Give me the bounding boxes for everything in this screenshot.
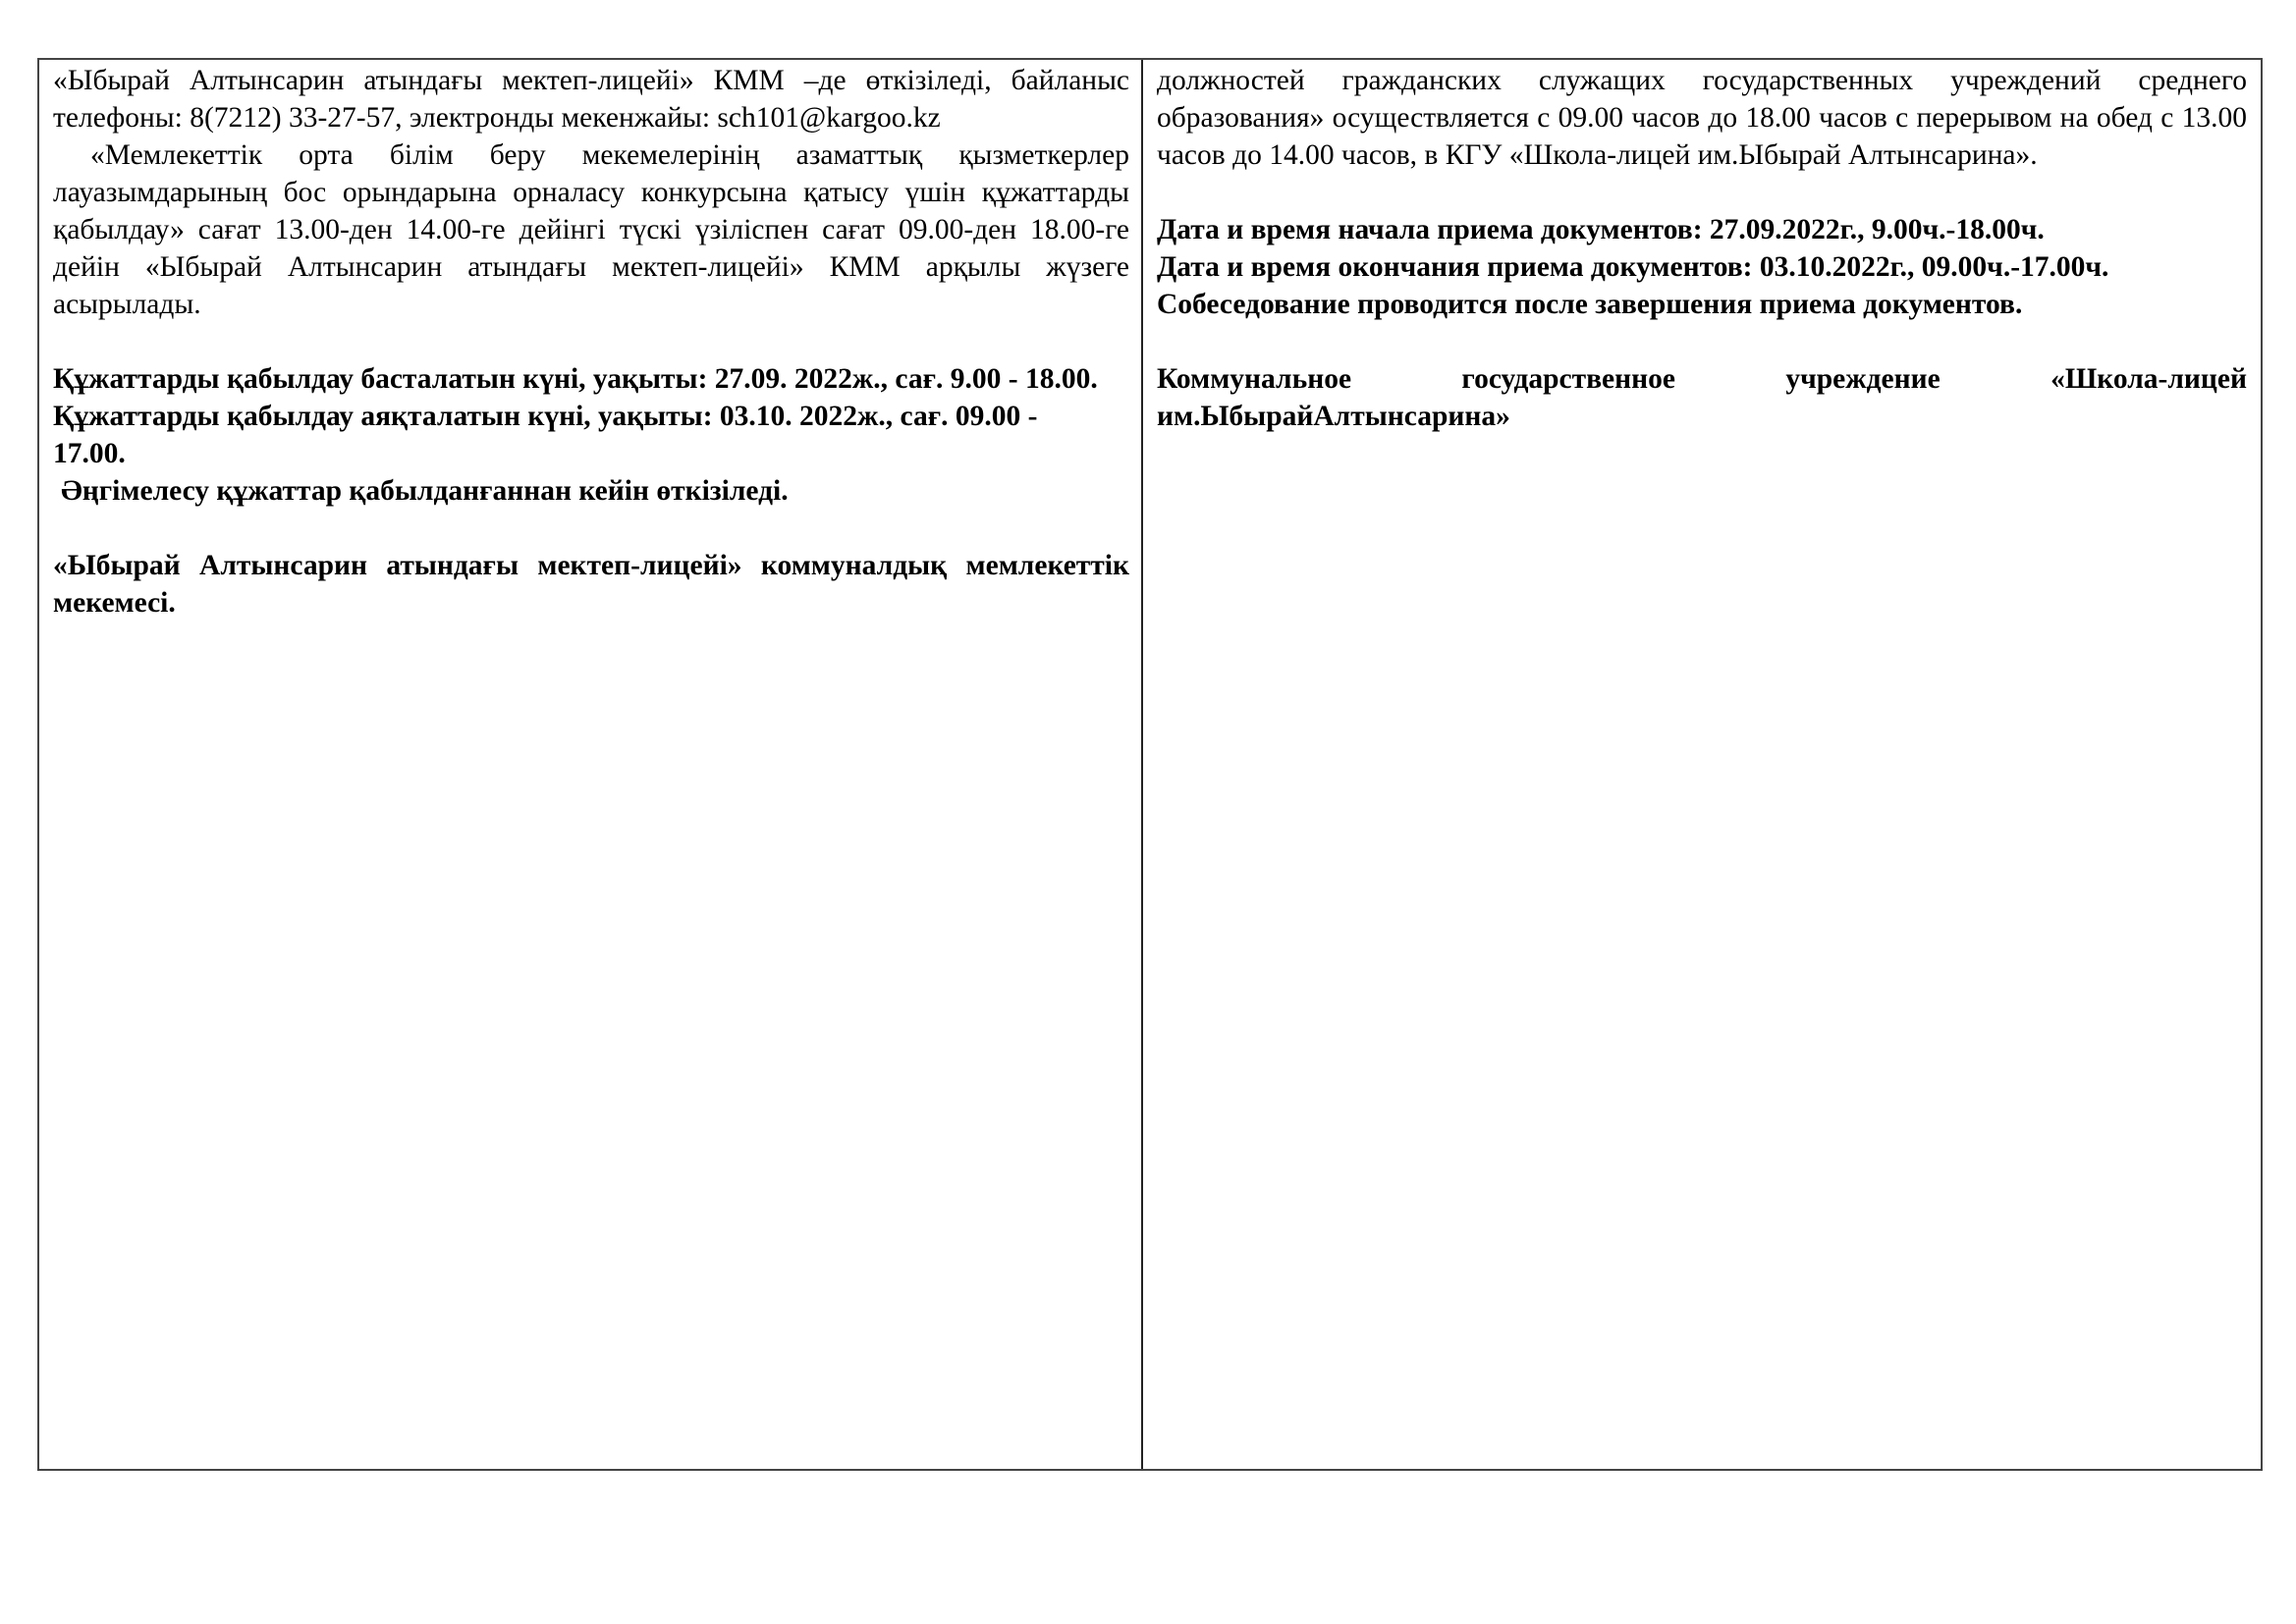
kazakh-signature: «Ыбырай Алтынсарин атындағы мектеп-лицей…	[53, 547, 1129, 622]
russian-interview-note: Собеседование проводится после завершени…	[1157, 286, 2247, 323]
spacer	[53, 510, 1129, 547]
kazakh-schedule-paragraph: «Мемлекеттік орта білім беру мекемелерін…	[53, 136, 1129, 323]
russian-schedule-paragraph: должностей гражданских служащих государс…	[1157, 62, 2247, 174]
kazakh-start-date: Құжаттарды қабылдау басталатын күні, уақ…	[53, 360, 1129, 398]
kazakh-interview-note: Әңгімелесу құжаттар қабылданғаннан кейін…	[53, 472, 1129, 510]
russian-column: должностей гражданских служащих государс…	[1143, 60, 2261, 1469]
russian-signature: Коммунальное государственное учреждение …	[1157, 360, 2247, 435]
spacer	[1157, 323, 2247, 360]
spacer	[1157, 174, 2247, 211]
spacer	[53, 323, 1129, 360]
russian-start-date: Дата и время начала приема документов: 2…	[1157, 211, 2247, 248]
kazakh-end-date: Құжаттарды қабылдау аяқталатын күні, уақ…	[53, 398, 1129, 472]
document-table: «Ыбырай Алтынсарин атындағы мектеп-лицей…	[37, 58, 2263, 1471]
kazakh-intro-paragraph: «Ыбырай Алтынсарин атындағы мектеп-лицей…	[53, 62, 1129, 136]
russian-end-date: Дата и время окончания приема документов…	[1157, 248, 2247, 286]
kazakh-column: «Ыбырай Алтынсарин атындағы мектеп-лицей…	[39, 60, 1143, 1469]
